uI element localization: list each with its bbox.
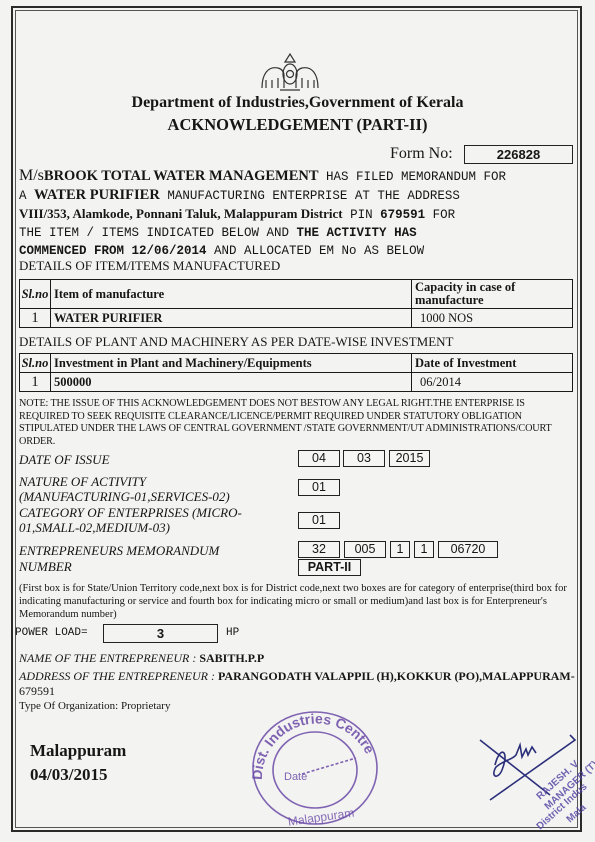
intro-line-1: M/sBROOK TOTAL WATER MANAGEMENT HAS FILE… bbox=[19, 166, 506, 187]
em-state-box: 32 bbox=[298, 541, 340, 558]
pin-value: 679591 bbox=[380, 208, 425, 222]
intro-text: A bbox=[19, 189, 34, 203]
entrepreneur-label: NAME OF THE ENTREPRENEUR : bbox=[19, 651, 199, 665]
place: Malappuram bbox=[30, 741, 126, 761]
org-type-row: Type Of Organization: Proprietary bbox=[19, 700, 170, 712]
em-label-1: ENTREPRENEURS MEMORANDUM bbox=[19, 543, 219, 558]
enterprise-name: BROOK TOTAL WATER MANAGEMENT bbox=[44, 168, 319, 184]
issue-year-box: 2015 bbox=[389, 450, 430, 467]
enterprise-address: VIII/353, Alamkode, Ponnani Taluk, Malap… bbox=[19, 206, 343, 221]
entrepreneur-address-line2: 679591 bbox=[19, 684, 55, 699]
header-item: Item of manufacture bbox=[51, 280, 412, 309]
svg-text:Date: Date bbox=[284, 771, 307, 783]
district-industries-stamp-icon: Dist. Industries Centre Date Malappuram bbox=[240, 700, 390, 830]
ms-prefix: M/s bbox=[19, 167, 44, 184]
intro-text: MANUFACTURING ENTERPRISE AT THE ADDRESS bbox=[160, 189, 460, 203]
table-row: 1 500000 06/2014 bbox=[20, 373, 573, 392]
org-type: Proprietary bbox=[121, 700, 170, 712]
address-label: ADDRESS OF THE ENTREPRENEUR : bbox=[19, 669, 218, 683]
row-investment: 500000 bbox=[51, 373, 412, 392]
intro-text: FOR bbox=[425, 208, 455, 222]
category-label-1: CATEGORY OF ENTERPRISES (MICRO- bbox=[19, 505, 242, 520]
entrepreneur-address-line1: PARANGODATH VALAPPIL (H),KOKKUR (PO),MAL… bbox=[218, 669, 575, 683]
header-capacity: Capacity in case of manufacture bbox=[412, 280, 573, 309]
row-slno: 1 bbox=[20, 309, 51, 328]
investment-table: Sl.no Investment in Plant and Machinery/… bbox=[19, 353, 573, 392]
row-slno: 1 bbox=[20, 373, 51, 392]
issue-day-box: 04 bbox=[298, 450, 340, 467]
commenced-date: COMMENCED FROM 12/06/2014 bbox=[19, 244, 207, 258]
items-section-title: DETAILS OF ITEM/ITEMS MANUFACTURED bbox=[19, 258, 280, 274]
power-unit: HP bbox=[226, 627, 239, 639]
form-no-value: 226828 bbox=[464, 145, 573, 164]
svg-text:Malappuram: Malappuram bbox=[287, 806, 355, 829]
intro-text: THE ITEM / ITEMS INDICATED BELOW AND bbox=[19, 226, 297, 240]
em-part-box: PART-II bbox=[298, 559, 361, 576]
product-name: WATER PURIFIER bbox=[34, 187, 160, 203]
em-activity-box: 1 bbox=[390, 541, 410, 558]
activity-text: THE ACTIVITY HAS bbox=[297, 226, 417, 240]
intro-line-2: A WATER PURIFIER MANUFACTURING ENTERPRIS… bbox=[19, 185, 460, 206]
category-box: 01 bbox=[298, 512, 340, 529]
nature-label-2: (MANUFACTURING-01,SERVICES-02) bbox=[19, 489, 230, 504]
issue-date: 04/03/2015 bbox=[30, 765, 107, 785]
nature-label-1: NATURE OF ACTIVITY bbox=[19, 474, 146, 489]
department-heading: Department of Industries,Government of K… bbox=[0, 94, 595, 112]
org-type-label: Type Of Organization: bbox=[19, 700, 121, 712]
row-date: 06/2014 bbox=[412, 373, 573, 392]
em-label-2: NUMBER bbox=[19, 559, 72, 574]
intro-text: HAS FILED MEMORANDUM FOR bbox=[319, 170, 507, 184]
em-category-box: 1 bbox=[414, 541, 434, 558]
row-item: WATER PURIFIER bbox=[51, 309, 412, 328]
entrepreneur-name-row: NAME OF THE ENTREPRENEUR : SABITH.P.P bbox=[19, 651, 264, 666]
header-date: Date of Investment bbox=[412, 354, 573, 373]
table-header-row: Sl.no Investment in Plant and Machinery/… bbox=[20, 354, 573, 373]
nature-box: 01 bbox=[298, 479, 340, 496]
date-of-issue-label: DATE OF ISSUE bbox=[19, 452, 110, 467]
row-capacity: 1000 NOS bbox=[412, 309, 573, 328]
em-explanation: (First box is for State/Union Territory … bbox=[19, 582, 574, 621]
table-row: 1 WATER PURIFIER 1000 NOS bbox=[20, 309, 573, 328]
em-district-box: 005 bbox=[344, 541, 386, 558]
table-header-row: Sl.no Item of manufacture Capacity in ca… bbox=[20, 280, 573, 309]
page-title: ACKNOWLEDGEMENT (PART-II) bbox=[0, 115, 595, 135]
header-investment: Investment in Plant and Machinery/Equipm… bbox=[51, 354, 412, 373]
header-slno: Sl.no bbox=[20, 354, 51, 373]
header-slno: Sl.no bbox=[20, 280, 51, 309]
pin-label: PIN bbox=[343, 208, 381, 222]
signature-icon: RAJESH. V MANAGER (T) District Indus Mal… bbox=[470, 715, 595, 835]
investment-section-title: DETAILS OF PLANT AND MACHINERY AS PER DA… bbox=[19, 334, 453, 350]
kerala-emblem-icon bbox=[258, 50, 322, 92]
items-table: Sl.no Item of manufacture Capacity in ca… bbox=[19, 279, 573, 328]
intro-text: AND ALLOCATED EM No AS BELOW bbox=[207, 244, 425, 258]
entrepreneur-address-row: ADDRESS OF THE ENTREPRENEUR : PARANGODAT… bbox=[19, 669, 575, 684]
entrepreneur-name: SABITH.P.P bbox=[199, 651, 264, 665]
category-label-2: 01,SMALL-02,MEDIUM-03) bbox=[19, 520, 170, 535]
power-load-value: 3 bbox=[103, 624, 218, 643]
issue-month-box: 03 bbox=[343, 450, 385, 467]
power-load-label: POWER LOAD= bbox=[15, 627, 88, 639]
legal-note: NOTE: THE ISSUE OF THIS ACKNOWLEDGEMENT … bbox=[19, 398, 574, 448]
em-number-box: 06720 bbox=[438, 541, 498, 558]
form-no-label: Form No: bbox=[390, 145, 453, 163]
